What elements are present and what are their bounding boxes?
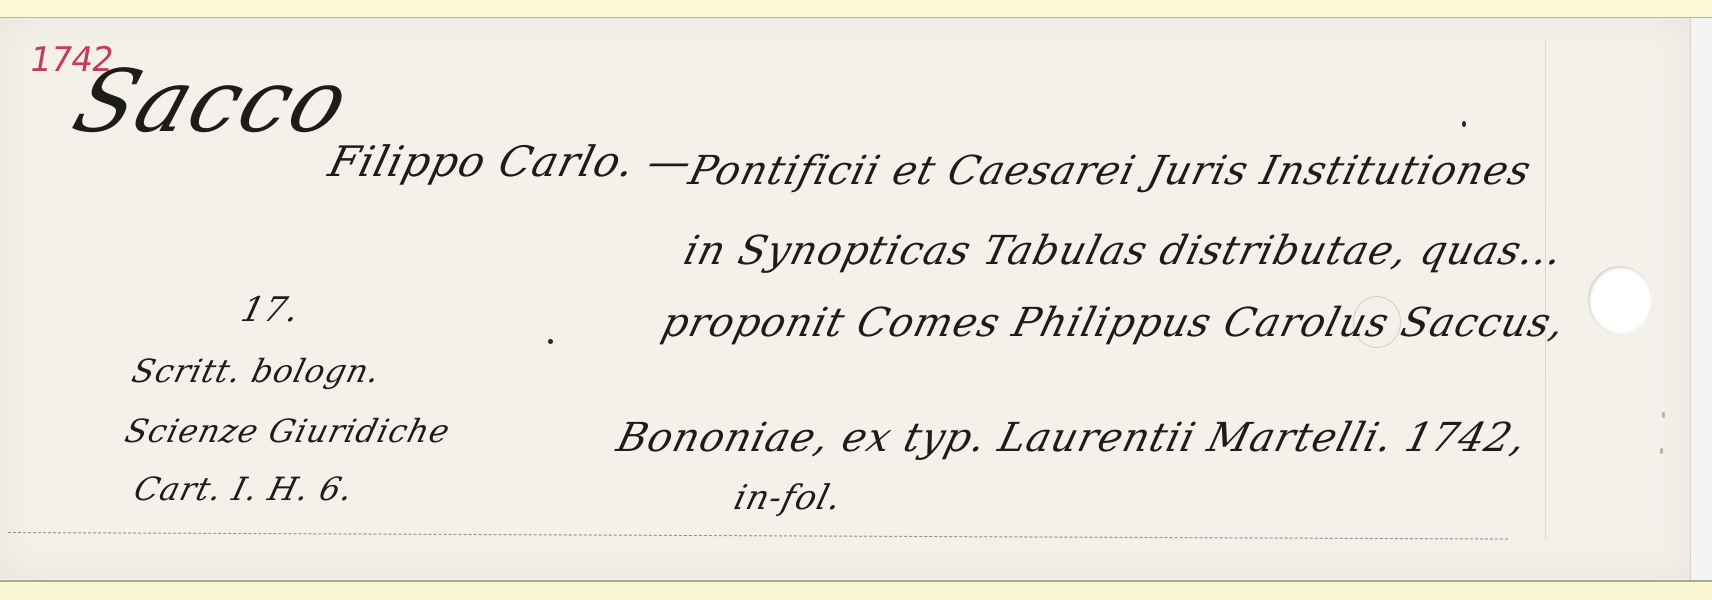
heading-given-names: Filippo Carlo. — xyxy=(324,137,698,186)
margin-line xyxy=(1545,40,1546,540)
paper-speck xyxy=(1662,412,1665,418)
title-line-3: proponit Comes Philippus Carolus Saccus, xyxy=(657,300,1570,346)
shelfmark-number: 17. xyxy=(237,290,304,330)
scanner-bed-bottom xyxy=(0,580,1712,600)
heading-surname: Sacco xyxy=(62,52,363,152)
ink-dot xyxy=(1462,121,1466,127)
shelfmark-line-1: Scritt. bologn. xyxy=(128,352,384,390)
paper-speck xyxy=(1660,448,1663,454)
scanner-bed-top xyxy=(0,0,1712,18)
punch-hole xyxy=(1588,266,1652,334)
imprint: Bononiae, ex typ. Laurentii Martelli. 17… xyxy=(612,415,1531,461)
format: in-fol. xyxy=(730,478,846,518)
title-line-1: Pontificii et Caesarei Juris Institution… xyxy=(684,148,1536,194)
card-right-edge xyxy=(1690,18,1712,580)
shelfmark-line-2: Scienze Giuridiche xyxy=(121,412,454,450)
title-line-2: in Synopticas Tabulas distributae, quas.… xyxy=(679,228,1567,274)
ink-dot xyxy=(548,339,553,344)
shelfmark-line-3: Cart. I. H. 6. xyxy=(130,470,357,508)
